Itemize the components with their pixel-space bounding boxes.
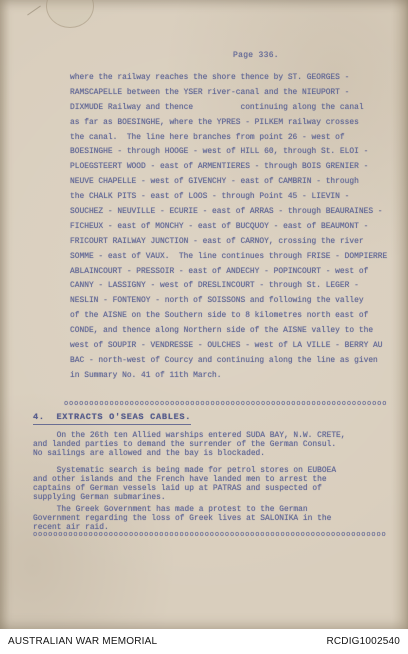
cable-paragraph-suda-bay: On the 26th ten Allied warships entered … — [33, 432, 393, 459]
footer-reference-id: RCDIG1002540 — [326, 636, 400, 647]
footer-bar: AUSTRALIAN WAR MEMORIAL RCDIG1002540 — [0, 629, 408, 654]
paper-page: Page 336. where the railway reaches the … — [0, 0, 408, 629]
section-number: 4. — [33, 412, 45, 422]
main-paragraph: where the railway reaches the shore then… — [70, 71, 400, 384]
separator-row-bottom: oooooooooooooooooooooooooooooooooooooooo… — [33, 531, 387, 539]
page-number: Page 336. — [233, 51, 279, 60]
separator-row-top: oooooooooooooooooooooooooooooooooooooooo… — [64, 400, 387, 408]
paper-crease — [27, 6, 41, 16]
cable-paragraph-petrol-search: Systematic search is being made for petr… — [33, 467, 393, 503]
section-heading: 4. EXTRACTS O'SEAS CABLES. — [33, 412, 191, 425]
footer-archive-name: AUSTRALIAN WAR MEMORIAL — [8, 636, 157, 647]
cable-paragraph-greek-protest: The Greek Government has made a protest … — [33, 506, 393, 533]
section-title: EXTRACTS O'SEAS CABLES. — [56, 412, 191, 422]
heading-spacer — [45, 412, 57, 422]
paper-stain — [46, 0, 94, 28]
document-scan-viewer: Page 336. where the railway reaches the … — [0, 0, 408, 654]
